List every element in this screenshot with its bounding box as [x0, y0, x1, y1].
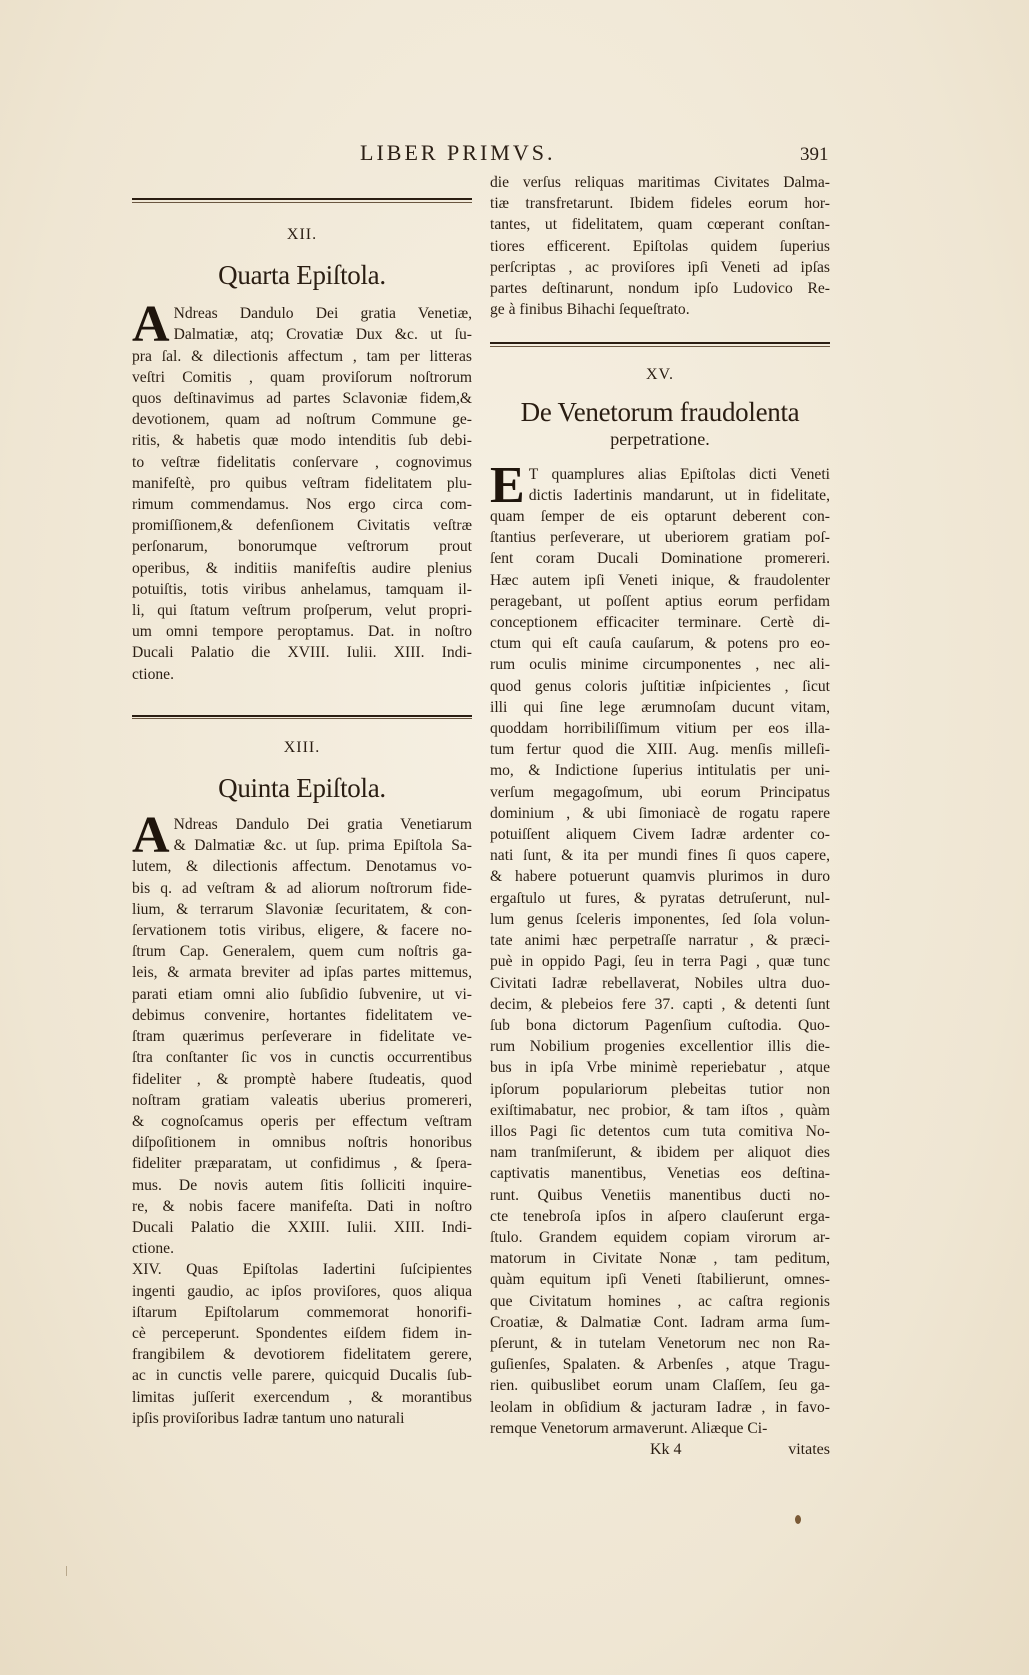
text-line: ritis, & habetis quæ modo intenditis ſub… — [132, 430, 472, 451]
text-line: ergaſtulo ut fures, & pyratas detruſerun… — [490, 888, 830, 909]
page-footer: Kk 4 vitates — [490, 1439, 830, 1461]
text-line: leolam in obſidium & jacturam Iadræ , in… — [490, 1397, 830, 1418]
text-line: ingenti gaudio, ac ipſos proviſores, quo… — [132, 1281, 472, 1302]
text-line: exiſtimabatur, nec probior, & tam iſtos … — [490, 1100, 830, 1121]
text-line: fideliter , & promptè habere ſtudeatis, … — [132, 1069, 472, 1090]
text-line: bus in ipſa Vrbe minimè reperiebatur , a… — [490, 1057, 830, 1078]
text-line: cè perceperunt. Spondentes eiſdem fidem … — [132, 1323, 472, 1344]
text-line: mus. De novis autem ſitis ſolliciti inqu… — [132, 1175, 472, 1196]
text-line: nati ſunt, & ita per mundi fines ſi quos… — [490, 845, 830, 866]
text-line: illi qui ſine lege ærumnoſam ducunt vita… — [490, 697, 830, 718]
text-line: cte tenebroſa ipſos in aſpero clauſerunt… — [490, 1206, 830, 1227]
text-line: parati etiam omni alio ſubſidio ſubvenir… — [132, 984, 472, 1005]
text-line: nam tranſmiſerunt, & ibidem per aliquot … — [490, 1142, 830, 1163]
section-number: XII. — [132, 224, 472, 245]
text-line: ſervationem totis viribus, eligere, & fa… — [132, 920, 472, 941]
section-title: Quarta Epiſtola. — [132, 259, 472, 291]
narrative-paragraph: E T quamplures alias Epiſtolas dicti Ven… — [490, 464, 830, 1439]
left-column: XII. Quarta Epiſtola. A Ndreas Dandulo D… — [132, 172, 472, 1429]
text-line: rien. quibuslibet eorum unam Claſſem, ſe… — [490, 1375, 830, 1396]
text-line: & cognoſcamus operis per effectum veſtra… — [132, 1111, 472, 1132]
text-line: quam ſemper de eis optarunt deberent con… — [490, 506, 830, 527]
text-line: illos Pagi ſic detentos cum tuta comitiv… — [490, 1121, 830, 1142]
letter-paragraph: A Ndreas Dandulo Dei gratia Venetiarum& … — [132, 814, 472, 1259]
text-line: & habere potuerunt quamvis plurimos in d… — [490, 866, 830, 887]
text-line: & Dalmatiæ &c. ut ſup. prima Epiſtola Sa… — [132, 835, 472, 856]
text-line: li, qui ſtatum veſtrum proſperum, velut … — [132, 600, 472, 621]
text-line: dominium , & ubi ſimoniacè de rogatu rap… — [490, 803, 830, 824]
section-number: XV. — [490, 364, 830, 385]
text-line: Ndreas Dandulo Dei gratia Venetiæ, — [132, 303, 472, 324]
section-number: XIII. — [132, 737, 472, 758]
text-line: ſtantius perſeverare, ut uberiorem grati… — [490, 527, 830, 548]
letter-paragraph: A Ndreas Dandulo Dei gratia Venetiæ,Dalm… — [132, 303, 472, 685]
text-line: um omni tempore peroptamus. Dat. in noſt… — [132, 621, 472, 642]
text-line: pra ſal. & dilectionis affectum , tam pe… — [132, 346, 472, 367]
section-rule — [132, 715, 472, 717]
text-line: Dalmatiæ, atq; Crovatiæ Dux &c. ut ſu- — [132, 324, 472, 345]
text-line: iſtarum Epiſtolarum commemorat honorifi- — [132, 1302, 472, 1323]
signature-mark: Kk 4 — [650, 1439, 682, 1460]
text-line: Ndreas Dandulo Dei gratia Venetiarum — [132, 814, 472, 835]
text-line: ac in cunctis velle parere, quicquid Duc… — [132, 1365, 472, 1386]
running-head: LIBER PRIMVS. — [360, 140, 555, 166]
text-line: Hæc autem ipſi Veneti inique, & fraudole… — [490, 570, 830, 591]
section-rule — [490, 342, 830, 344]
text-line: mo, & Indictione ſuperius intitulatis pe… — [490, 760, 830, 781]
text-line: ge à finibus Bihachi ſequeſtrato. — [490, 299, 830, 320]
text-line: decim, & plebeios fere 37. capti , & det… — [490, 994, 830, 1015]
text-line: ctum qui eſt cauſa cauſarum, & potens pr… — [490, 633, 830, 654]
text-line: ſtra conſtanter ſic vos in cunctis occur… — [132, 1047, 472, 1068]
text-line: devotionem, quam ad noſtrum Commune ge- — [132, 409, 472, 430]
text-line: tantes, ut fidelitatem, quam cœperant co… — [490, 214, 830, 235]
page-number: 391 — [800, 144, 829, 166]
ink-spot — [795, 1515, 801, 1524]
text-line: tiæ transfretarunt. Ibidem fideles eorum… — [490, 193, 830, 214]
text-line: ſent coram Ducali Dominatione promereri. — [490, 548, 830, 569]
text-line: lutem, & dilectionis affectum. Denotamus… — [132, 856, 472, 877]
text-line: limitas juſſerit exercendum , & morantib… — [132, 1387, 472, 1408]
body-paragraph: XIV. Quas Epiſtolas Iadertini ſuſcipient… — [132, 1259, 472, 1429]
text-line: peragebant, ut poſſent aptius eorum perf… — [490, 591, 830, 612]
margin-mark — [66, 1566, 67, 1576]
text-line: rimum commendamus. Nos ergo circa com- — [132, 494, 472, 515]
text-line: noſtram gratiam valeatis uberius promere… — [132, 1090, 472, 1111]
text-line: tiores efficerent. Epiſtolas quidem ſupe… — [490, 236, 830, 257]
text-line: matorum in Civitate Nonæ , tam peditum, — [490, 1248, 830, 1269]
text-line: bis q. ad veſtram & ad aliorum noſtrorum… — [132, 878, 472, 899]
text-line: potuiſtis, totis viribus anhelamus, tamq… — [132, 579, 472, 600]
text-line: leis, & armata breviter ad ipſas partes … — [132, 962, 472, 983]
section-title: De Venetorum fraudolenta — [490, 396, 830, 428]
text-line: dictis Iadertinis mandarunt, ut in fidel… — [490, 485, 830, 506]
text-line: conceptionem efficaciter terminare. Cert… — [490, 612, 830, 633]
text-line: rum oculis minime circumponentes , nec a… — [490, 654, 830, 675]
text-line: perſcriptas , ac proviſores ipſi Veneti … — [490, 257, 830, 278]
text-line: que Civitatum homines , ac caſtra region… — [490, 1291, 830, 1312]
catchword: vitates — [788, 1439, 830, 1460]
text-line: ctione. — [132, 1238, 472, 1259]
text-line: quoddam horribiliſſimum vitium per eos i… — [490, 718, 830, 739]
text-line: promiſſionem,& defenſionem Civitatis veſ… — [132, 515, 472, 536]
text-line: remque Venetorum armaverunt. Aliæque Ci- — [490, 1418, 830, 1439]
text-line: potuiſſent aliquem Civem Iadræ ardenter … — [490, 824, 830, 845]
text-line: tum fertur quod die XIII. Aug. menſis mi… — [490, 739, 830, 760]
text-line: T quamplures alias Epiſtolas dicti Venet… — [490, 464, 830, 485]
text-line: to veſtræ fidelitatis conſervare , cogno… — [132, 452, 472, 473]
text-line: ctione. — [132, 664, 472, 685]
continuation-paragraph: die verſus reliquas maritimas Civitates … — [490, 172, 830, 320]
text-line: Civitati Iadræ rebellaverat, Nobiles ult… — [490, 973, 830, 994]
text-line: ipſorum populariorum plebeitas tutior no… — [490, 1079, 830, 1100]
text-line: ſtrum Cap. Generalem, quem cum noſtris g… — [132, 941, 472, 962]
text-line: operibus, & inditiis manifeſtis audire p… — [132, 558, 472, 579]
text-line: debimus convenire, hortantes fidelitatem… — [132, 1005, 472, 1026]
section-subtitle: perpetratione. — [490, 428, 830, 450]
text-line: puè in oppido Pagi, ſeu in terra Pagi , … — [490, 951, 830, 972]
right-column: die verſus reliquas maritimas Civitates … — [490, 172, 830, 1461]
text-line: manifeſtè, pro quibus veſtram fidelitate… — [132, 473, 472, 494]
drop-cap: A — [132, 305, 170, 345]
text-line: fideliter præparatam, ut confidimus , & … — [132, 1153, 472, 1174]
text-line: perſonarum, bonorumque veſtrorum prout — [132, 536, 472, 557]
text-line: Ducali Palatio die XVIII. Iulii. XIII. I… — [132, 642, 472, 663]
text-line: quàm equitum ipſi Veneti ſtabilierunt, o… — [490, 1269, 830, 1290]
text-line: re, & nobis facere manifeſta. Dati in no… — [132, 1196, 472, 1217]
text-line: diſpoſitionem in omnibus noſtris honorib… — [132, 1132, 472, 1153]
text-line: captivatis manentibus, Venetias eos deſt… — [490, 1163, 830, 1184]
text-line: quos deſtinavimus ad partes Sclavoniæ fi… — [132, 388, 472, 409]
text-line: die verſus reliquas maritimas Civitates … — [490, 172, 830, 193]
text-line: verſum megagoſmum, ubi eorum Principatus — [490, 782, 830, 803]
section-title: Quinta Epiſtola. — [132, 772, 472, 804]
text-line: lium, & terrarum Slavoniæ ſecuritatem, &… — [132, 899, 472, 920]
text-line: partes deſtinarunt, nondum ipſo Ludovico… — [490, 278, 830, 299]
text-line: frangibilem & devotiorem fidelitatem ger… — [132, 1344, 472, 1365]
text-line: ipſis proviſoribus Iadræ tantum uno natu… — [132, 1408, 472, 1429]
text-line: runt. Quibus Venetiis manentibus ducti n… — [490, 1185, 830, 1206]
text-line: quod genus coloris juſtitiæ inſpicientes… — [490, 676, 830, 697]
section-rule — [132, 198, 472, 200]
text-line: veſtri Comitis , quam proviſorum noſtror… — [132, 367, 472, 388]
page-header: LIBER PRIMVS. 391 — [0, 140, 1029, 170]
text-line: XIV. Quas Epiſtolas Iadertini ſuſcipient… — [132, 1259, 472, 1280]
text-line: guſienſes, Spalaten. & Arbenſes , atque … — [490, 1354, 830, 1375]
text-line: ſtulo. Grandem equidem copiam virorum ar… — [490, 1227, 830, 1248]
text-line: Ducali Palatio die XXIII. Iulii. XIII. I… — [132, 1217, 472, 1238]
text-line: Croatiæ, & Dalmatiæ Cont. Iadram arma ſu… — [490, 1312, 830, 1333]
text-line: ſub bona dictorum Pagenſium cuſtodia. Qu… — [490, 1015, 830, 1036]
drop-cap: E — [490, 466, 525, 506]
text-line: ſtram quærimus perſeverare in fidelitate… — [132, 1026, 472, 1047]
text-line: lum genus ſceleris imponentes, ſed ſola … — [490, 909, 830, 930]
drop-cap: A — [132, 816, 170, 856]
text-line: pſerunt, & in tutelam Venetorum nec non … — [490, 1333, 830, 1354]
text-line: rum Nobilium progenies excellentior illi… — [490, 1036, 830, 1057]
text-line: tate animi hæc perpetraſſe narratur , & … — [490, 930, 830, 951]
